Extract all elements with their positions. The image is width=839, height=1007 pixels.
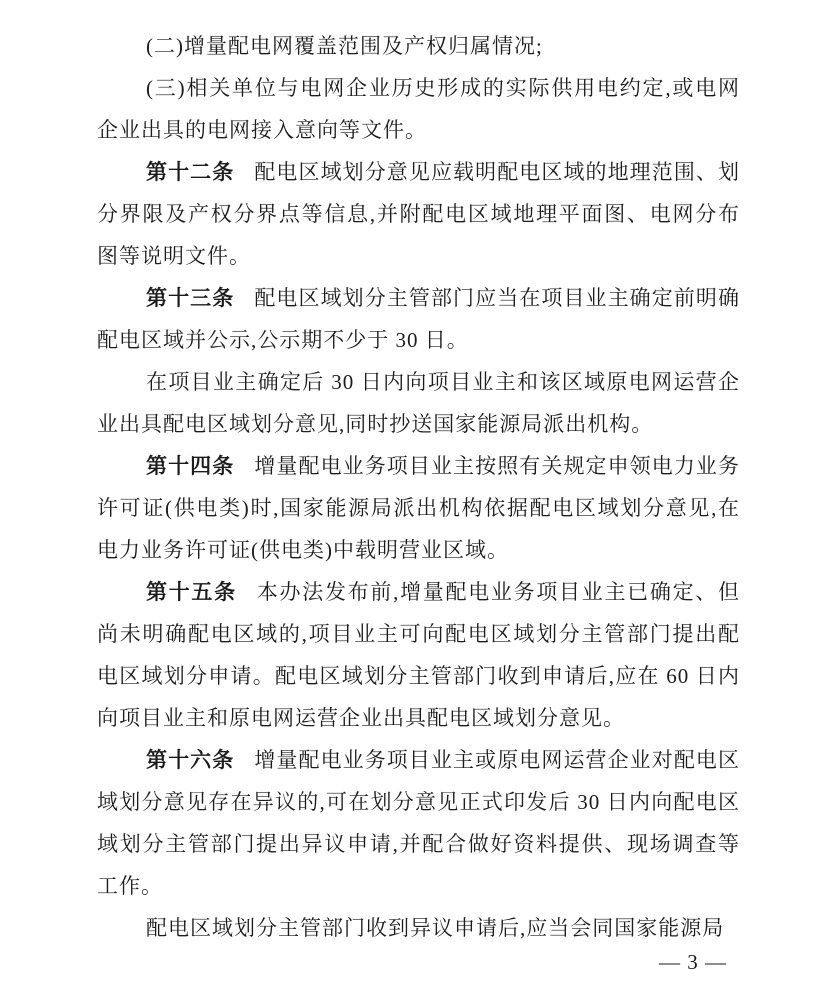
paragraph-item-2: (二)增量配电网覆盖范围及产权归属情况; [97,25,740,67]
paragraph-article-16-cont: 配电区域划分主管部门收到异议申请后,应当会同国家能源局 [97,907,740,949]
article-13-number: 第十三条 [146,286,234,310]
article-12-number: 第十二条 [146,160,234,184]
paragraph-item-3: (三)相关单位与电网企业历史形成的实际供用电约定,或电网企业出具的电网接入意向等… [97,67,740,151]
paragraph-item-2-text: (二)增量配电网覆盖范围及产权归属情况; [146,34,543,58]
paragraph-article-13-cont: 在项目业主确定后 30 日内向项目业主和该区域原电网运营企业出具配电区域划分意见… [97,361,740,445]
article-14-number: 第十四条 [146,454,234,478]
article-15-number: 第十五条 [146,580,237,604]
article-13-cont-text: 在项目业主确定后 30 日内向项目业主和该区域原电网运营企业出具配电区域划分意见… [97,370,740,436]
article-16-number: 第十六条 [146,748,234,772]
paragraph-article-15: 第十五条本办法发布前,增量配电业务项目业主已确定、但尚未明确配电区域的,项目业主… [97,571,740,739]
paragraph-item-3-text: (三)相关单位与电网企业历史形成的实际供用电约定,或电网企业出具的电网接入意向等… [97,76,740,142]
paragraph-article-13: 第十三条配电区域划分主管部门应当在项目业主确定前明确配电区域并公示,公示期不少于… [97,277,740,361]
paragraph-article-14: 第十四条增量配电业务项目业主按照有关规定申领电力业务许可证(供电类)时,国家能源… [97,445,740,571]
paragraph-article-16: 第十六条增量配电业务项目业主或原电网运营企业对配电区域划分意见存在异议的,可在划… [97,739,740,907]
page-number: — 3 — [659,948,727,976]
article-16-cont-text: 配电区域划分主管部门收到异议申请后,应当会同国家能源局 [146,916,724,940]
paragraph-article-12: 第十二条配电区域划分意见应载明配电区域的地理范围、划分界限及产权分界点等信息,并… [97,151,740,277]
document-page: (二)增量配电网覆盖范围及产权归属情况; (三)相关单位与电网企业历史形成的实际… [0,0,839,1007]
